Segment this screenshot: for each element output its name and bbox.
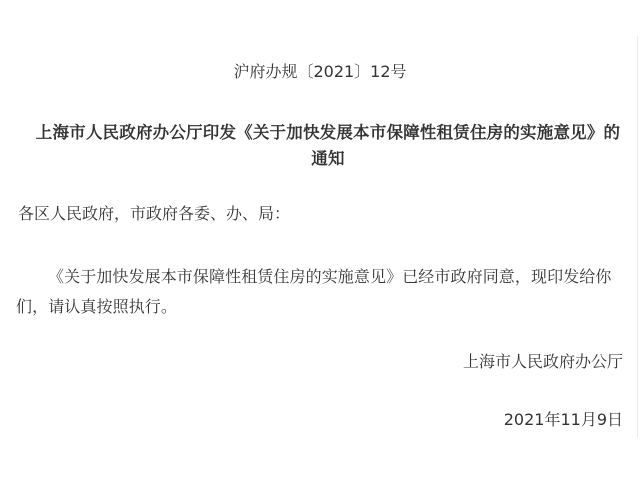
issue-date: 2021年11月9日 bbox=[504, 408, 623, 432]
document-title: 上海市人民政府办公厅印发《关于加快发展本市保障性租赁住房的实施意见》的通知 bbox=[28, 120, 628, 172]
document-number: 沪府办规〔2021〕12号 bbox=[0, 60, 640, 84]
issuer-signature: 上海市人民政府办公厅 bbox=[463, 350, 623, 374]
body-paragraph: 《关于加快发展本市保障性租赁住房的实施意见》已经市政府同意，现印发给你们，请认真… bbox=[16, 262, 612, 322]
salutation: 各区人民政府，市政府各委、办、局： bbox=[18, 202, 290, 226]
right-border-line bbox=[637, 36, 638, 438]
